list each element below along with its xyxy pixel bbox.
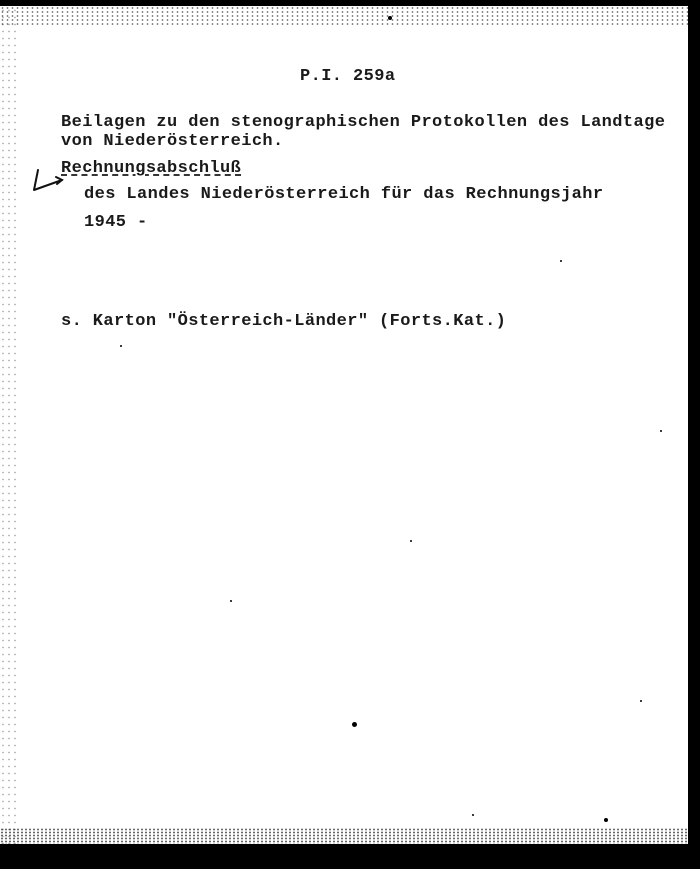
reference-number: P.I. 259a [300, 67, 395, 86]
heading-line-1: Beilagen zu den stenographischen Protoko… [61, 113, 665, 132]
scan-noise-left [0, 0, 18, 869]
document-title: Rechnungsabschluß [61, 159, 241, 178]
catalog-card: P.I. 259a Beilagen zu den stenographisch… [0, 0, 700, 869]
scan-speck [230, 600, 232, 602]
scan-speck [560, 260, 562, 262]
scan-speck [388, 16, 392, 20]
scan-speck [410, 540, 412, 542]
cross-reference-note: s. Karton "Österreich-Länder" (Forts.Kat… [61, 312, 506, 331]
scan-speck [660, 430, 662, 432]
document-description: des Landes Niederösterreich für das Rech… [84, 185, 603, 204]
heading-line-2: von Niederösterreich. [61, 132, 284, 151]
scan-speck [472, 814, 474, 816]
scan-border-right [688, 0, 700, 869]
scan-speck [352, 722, 357, 727]
scan-noise-top [0, 6, 700, 26]
scan-border-bottom [0, 844, 700, 869]
scan-speck [640, 700, 642, 702]
scan-noise-bottom [0, 828, 700, 844]
scan-speck [120, 345, 122, 347]
document-year: 1945 - [84, 213, 148, 232]
scan-speck [604, 818, 608, 822]
